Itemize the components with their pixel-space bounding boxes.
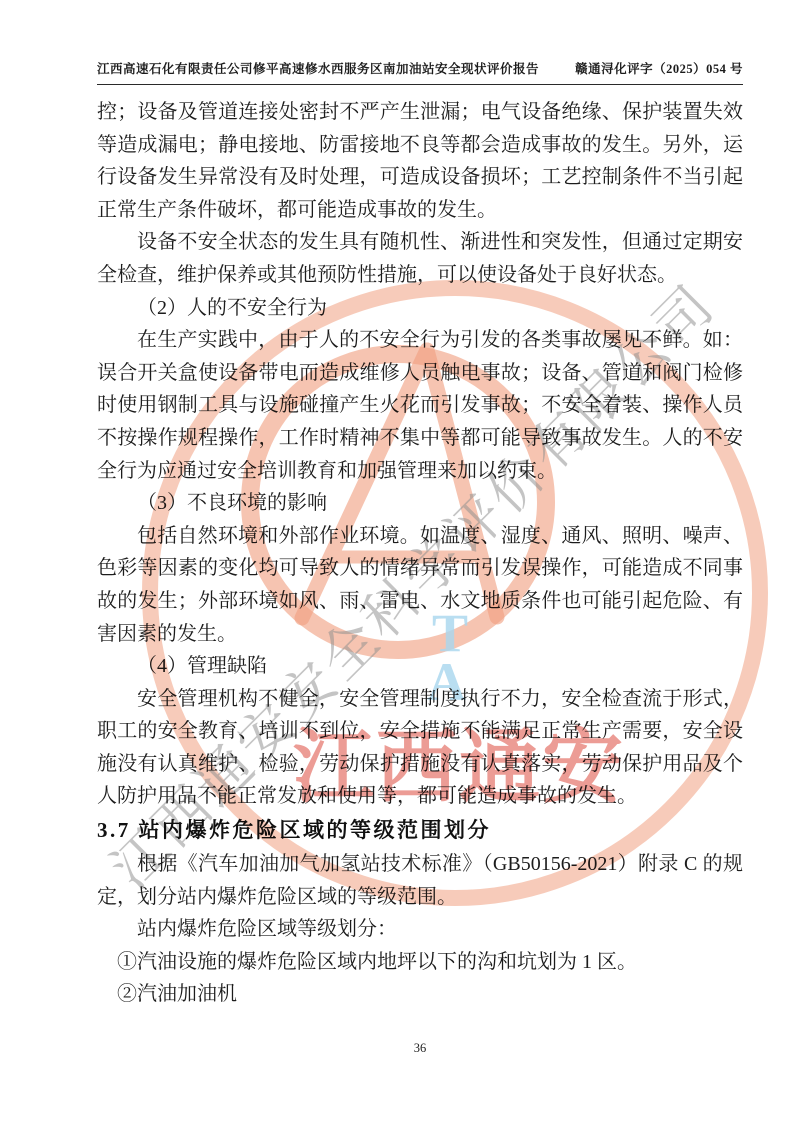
list-item-2: （2）人的不安全行为 (97, 292, 743, 325)
page-number: 36 (97, 1041, 743, 1056)
page-header: 江西高速石化有限责任公司修平高速修水西服务区南加油站安全现状评价报告 赣通浔化评… (97, 59, 743, 77)
list-item-4: （4）管理缺陷 (97, 650, 743, 683)
section-heading-3-7: 3.7 站内爆炸危险区域的等级范围划分 (97, 813, 743, 848)
numbered-item-2: ②汽油加油机 (97, 978, 743, 1011)
body-paragraph: 根据《汽车加油加气加氢站技术标准》（GB50156-2021）附录 C 的规定，… (97, 848, 743, 913)
body-paragraph: 站内爆炸危险区域等级划分： (97, 913, 743, 946)
body-paragraph: 在生产实践中，由于人的不安全行为引发的各类事故屡见不鲜。如：误合开关盒使设备带电… (97, 324, 743, 487)
list-item-3: （3）不良环境的影响 (97, 487, 743, 520)
body-paragraph: 设备不安全状态的发生具有随机性、渐进性和突发性，但通过定期安全检查，维护保养或其… (97, 226, 743, 291)
body-paragraph: 控；设备及管道连接处密封不严产生泄漏；电气设备绝缘、保护装置失效等造成漏电；静电… (97, 96, 743, 226)
numbered-item-1: ①汽油设施的爆炸危险区域内地坪以下的沟和坑划为 1 区。 (97, 946, 743, 979)
header-divider (97, 84, 743, 85)
document-page: 江西高速石化有限责任公司修平高速修水西服务区南加油站安全现状评价报告 赣通浔化评… (0, 0, 800, 1131)
document-body: 控；设备及管道连接处密封不严产生泄漏；电气设备绝缘、保护装置失效等造成漏电；静电… (97, 96, 743, 1011)
header-report-title: 江西高速石化有限责任公司修平高速修水西服务区南加油站安全现状评价报告 (97, 59, 539, 77)
body-paragraph: 包括自然环境和外部作业环境。如温度、湿度、通风、照明、噪声、色彩等因素的变化均可… (97, 520, 743, 650)
body-paragraph: 安全管理机构不健全，安全管理制度执行不力，安全检查流于形式，职工的安全教育、培训… (97, 683, 743, 813)
header-document-number: 赣通浔化评字（2025）054 号 (575, 59, 743, 77)
